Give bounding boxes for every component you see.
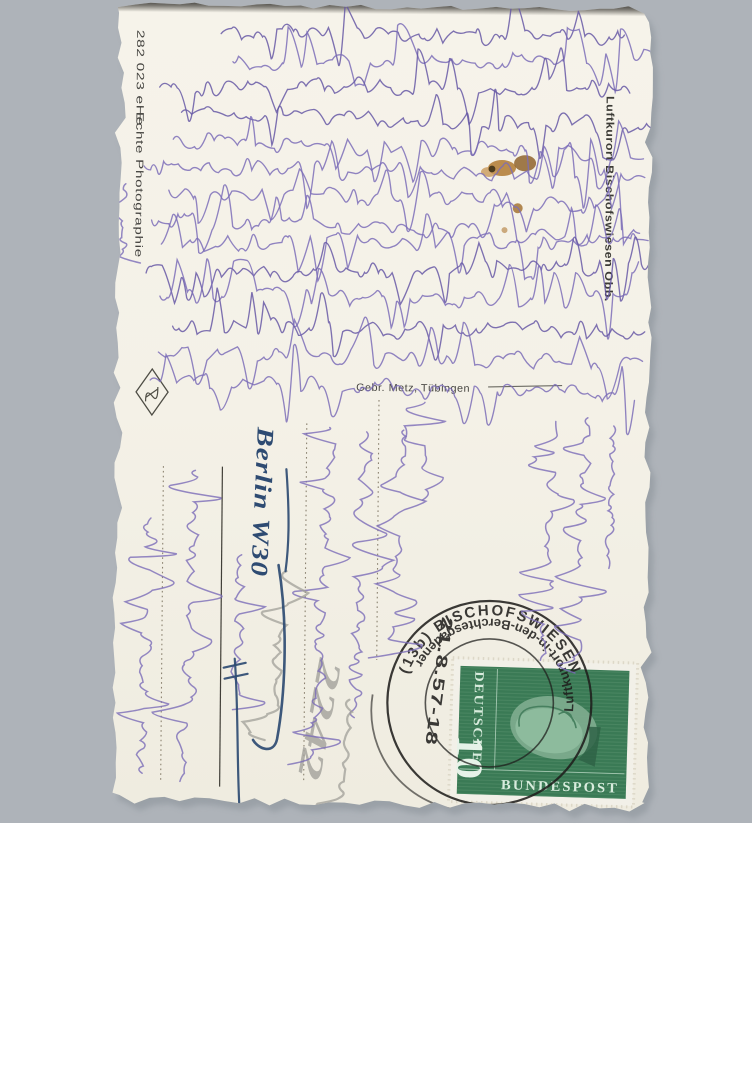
- postage-stamp: DEUTSCHE 10 BUNDESPOST: [447, 658, 638, 807]
- stamp-value-text: 10: [447, 735, 490, 780]
- postcard-scan-page: 282 023 eHe Echte Photographie Luftkuror…: [0, 0, 752, 1072]
- photo-type-imprint: Echte Photographie: [132, 112, 145, 258]
- postcard-scan: 282 023 eHe Echte Photographie Luftkuror…: [0, 0, 752, 1072]
